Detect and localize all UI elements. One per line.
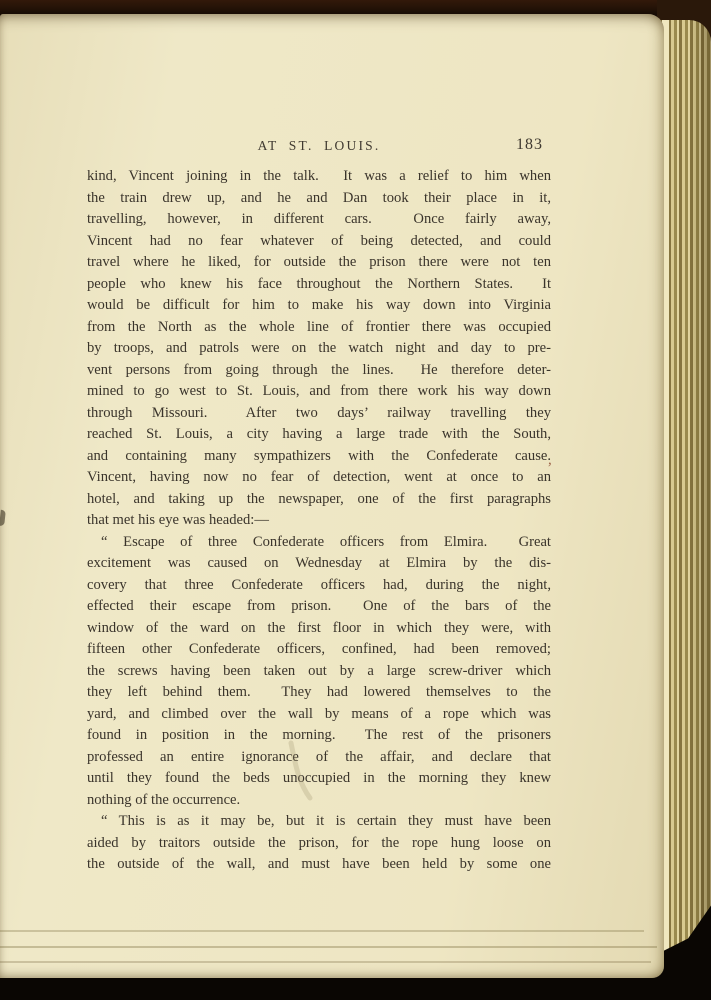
text-line: they left behind them. They had lowered …	[87, 682, 551, 704]
text-line: window of the ward on the first floor in…	[87, 618, 551, 640]
text-line: kind, Vincent joining in the talk. It wa…	[87, 166, 551, 188]
stacked-page-line	[0, 930, 644, 932]
book-page: AT ST. LOUIS. 183 kind, Vincent joining …	[0, 14, 664, 978]
text-line: professed an entire ignorance of the aff…	[87, 747, 551, 769]
body-text: kind, Vincent joining in the talk. It wa…	[87, 166, 551, 876]
text-line: effected their escape from prison. One o…	[87, 596, 551, 618]
pencil-smudge	[286, 740, 316, 802]
text-line: found in position in the morning. The re…	[87, 725, 551, 747]
text-line: until they found the beds unoccupied in …	[87, 768, 551, 790]
text-line: and containing many sympathizers with th…	[87, 446, 551, 468]
stacked-page-line	[0, 946, 657, 948]
text-line: reached St. Louis, a city having a large…	[87, 424, 551, 446]
text-line: Vincent had no fear whatever of being de…	[87, 231, 551, 253]
text-line: Vincent, having now no fear of detection…	[87, 467, 551, 489]
page-edge-mark	[0, 510, 6, 526]
text-line: excitement was caused on Wednesday at El…	[87, 553, 551, 575]
book-fore-edge-pages	[660, 20, 711, 962]
page-number: 183	[516, 136, 543, 154]
running-head: AT ST. LOUIS. 183	[87, 138, 551, 154]
text-line: covery that three Confederate officers h…	[87, 575, 551, 597]
text-line: the train drew up, and he and Dan took t…	[87, 188, 551, 210]
text-line: mined to go west to St. Louis, and from …	[87, 381, 551, 403]
text-line: from the North as the whole line of fron…	[87, 317, 551, 339]
stacked-page-line	[0, 961, 651, 963]
text-line: through Missouri. After two days’ railwa…	[87, 403, 551, 425]
text-line: the outside of the wall, and must have b…	[87, 854, 551, 876]
text-line: people who knew his face throughout the …	[87, 274, 551, 296]
text-line: vent persons from going through the line…	[87, 360, 551, 382]
running-title: AT ST. LOUIS.	[87, 138, 551, 154]
text-line: “ This is as it may be, but it is certai…	[87, 811, 551, 833]
text-line: travelling, however, in different cars. …	[87, 209, 551, 231]
text-line: hotel, and taking up the newspaper, one …	[87, 489, 551, 511]
text-line: would be difficult for him to make his w…	[87, 295, 551, 317]
book-scan-scene: AT ST. LOUIS. 183 kind, Vincent joining …	[0, 0, 711, 1000]
text-line: that met his eye was headed:—	[87, 510, 551, 532]
text-line: “ Escape of three Confederate officers f…	[87, 532, 551, 554]
text-line: yard, and climbed over the wall by means…	[87, 704, 551, 726]
text-line: the screws having been taken out by a la…	[87, 661, 551, 683]
stray-ink-mark: ,	[548, 452, 552, 469]
text-line: fifteen other Confederate officers, conf…	[87, 639, 551, 661]
text-line: aided by traitors outside the prison, fo…	[87, 833, 551, 855]
text-line: nothing of the occurrence.	[87, 790, 551, 812]
text-line: by troops, and patrols were on the watch…	[87, 338, 551, 360]
text-line: travel where he liked, for outside the p…	[87, 252, 551, 274]
